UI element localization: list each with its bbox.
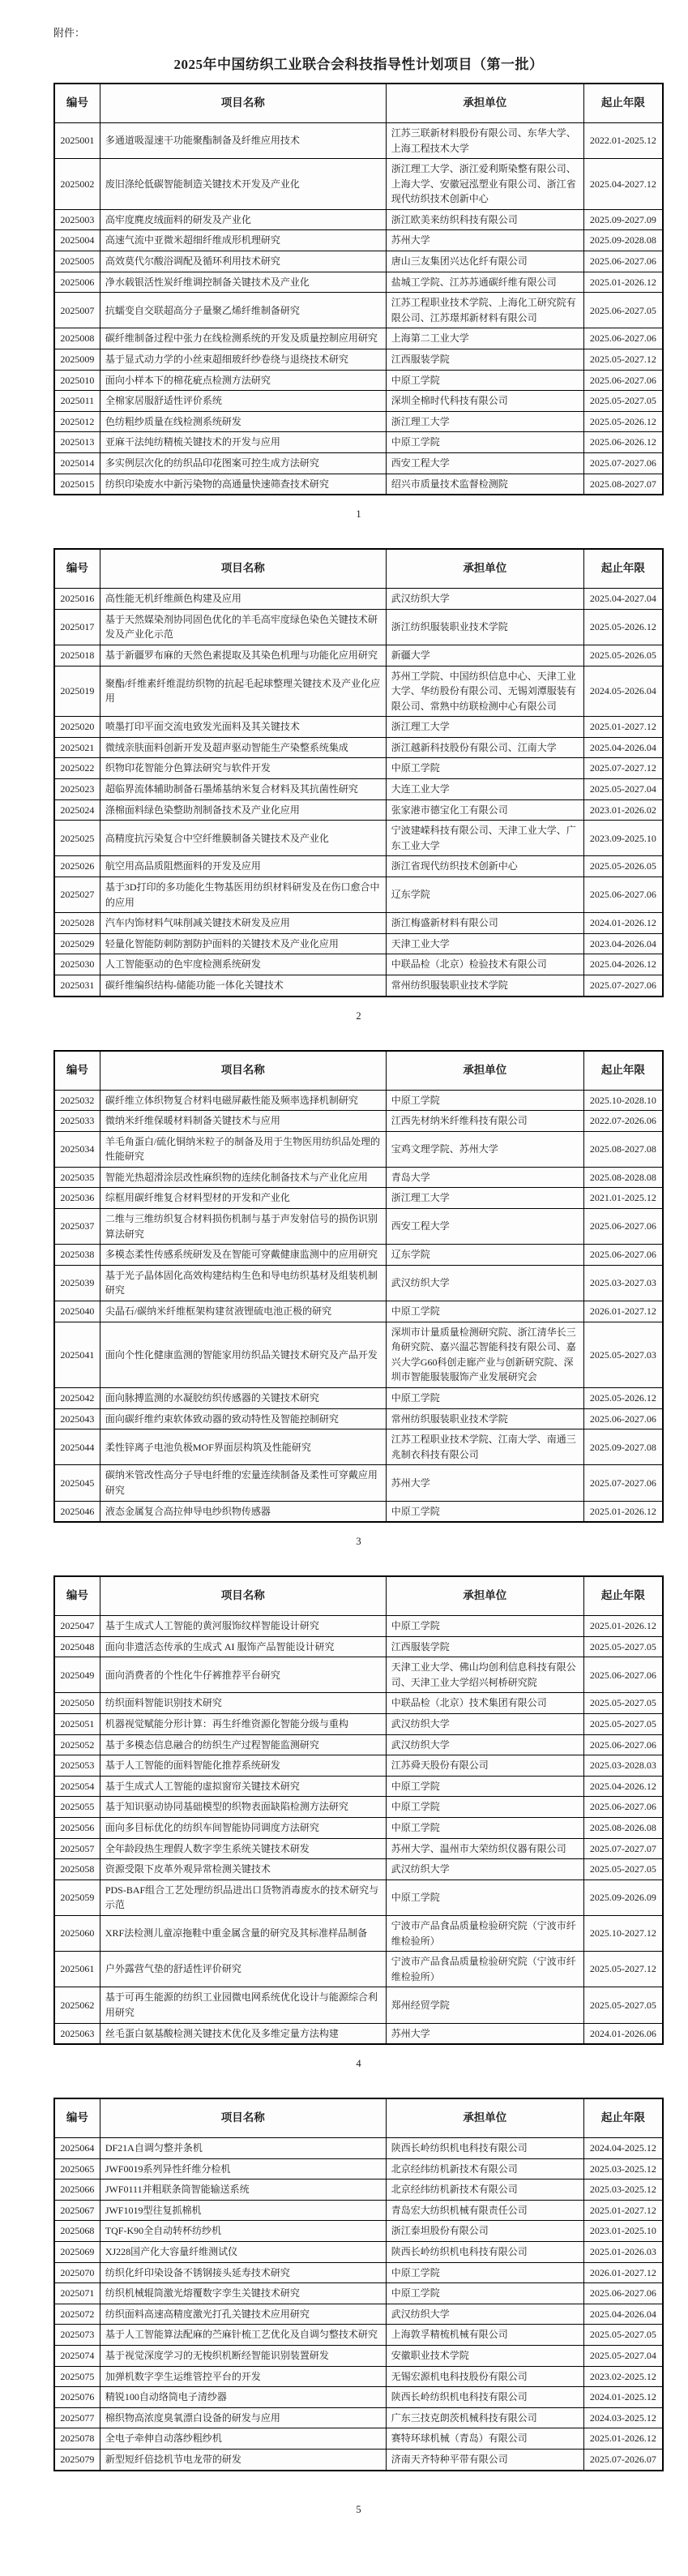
- table-row: 2025010面向小样本下的棉花疵点检测方法研究中原工学院2025.06-202…: [54, 370, 663, 391]
- table-row: 2025073基于人工智能算法配麻的苎麻针梳工艺优化及自调匀整技术研究上海敦孚精…: [54, 2325, 663, 2346]
- date-range-cell: 2025.01-2026.03: [583, 2242, 663, 2263]
- project-name-cell: 机器视觉赋能分形计算：再生纤维资源化智能分级与重构: [100, 1714, 386, 1735]
- project-id-cell: 2025010: [54, 370, 100, 391]
- table-row: 2025022织物印花智能分色算法研究与软件开发中原工学院2025.07-202…: [54, 758, 663, 779]
- project-name-cell: 轻量化智能防刺防割防护面料的关键技术及产业化应用: [100, 933, 386, 954]
- date-range-cell: 2025.07-2027.12: [583, 758, 663, 779]
- table-row: 2025079新型短纤倍捻机节电龙带的研发济南天齐特种平带有限公司2025.07…: [54, 2449, 663, 2470]
- undertaking-unit-cell: 西安工程大学: [386, 453, 583, 474]
- project-id-cell: 2025024: [54, 799, 100, 821]
- date-range-cell: 2024.01-2026.12: [583, 913, 663, 934]
- undertaking-unit-cell: 浙江泰坦股份有限公司: [386, 2221, 583, 2242]
- table-row: 2025049面向消费者的个性化牛仔裤推荐平台研究天津工业大学、佛山均创利信息科…: [54, 1657, 663, 1693]
- project-id-cell: 2025027: [54, 877, 100, 913]
- undertaking-unit-cell: 辽东学院: [386, 1245, 583, 1266]
- col-header-id: 编号: [54, 1051, 100, 1090]
- project-id-cell: 2025060: [54, 1916, 100, 1952]
- table-row: 2025054基于生成式人工智能的虚拟窗帘关键技术研究中原工学院2025.04-…: [54, 1776, 663, 1797]
- header-row: 编号项目名称承担单位起止年限: [54, 2098, 663, 2137]
- undertaking-unit-cell: 中原工学院: [386, 1301, 583, 1322]
- date-range-cell: 2025.05-2027.05: [583, 2325, 663, 2346]
- table-row: 2025019聚酯/纤维素纤维混纺织物的抗起毛起球整理关键技术及产业化应用苏州工…: [54, 666, 663, 717]
- project-name-cell: 碳纤维制备过程中张力在线检测系统的开发及质量控制应用研究: [100, 328, 386, 349]
- date-range-cell: 2025.04-2026.04: [583, 2304, 663, 2325]
- date-range-cell: 2025.06-2027.06: [583, 251, 663, 272]
- project-id-cell: 2025001: [54, 122, 100, 158]
- undertaking-unit-cell: 江苏三联新材料股份有限公司、东华大学、上海工程技术大学: [386, 122, 583, 158]
- table-row: 2025021微绒亲肤面料创新开发及超声驱动智能生产染整系统集成浙江越新科技股份…: [54, 737, 663, 758]
- table-row: 2025011全棉家居服舒适性评价系统深圳全棉时代科技有限公司2025.05-2…: [54, 391, 663, 412]
- project-id-cell: 2025013: [54, 432, 100, 453]
- undertaking-unit-cell: 赛特环球机械（青岛）有限公司: [386, 2428, 583, 2450]
- table-row: 2025069XJ228国产化大容量纤维测试仪陕西长岭纺织机电科技有限公司202…: [54, 2242, 663, 2263]
- project-id-cell: 2025064: [54, 2138, 100, 2159]
- undertaking-unit-cell: 宁波市产品食品质量检验研究院（宁波市纤维检验所）: [386, 1916, 583, 1952]
- project-name-cell: 面向脉搏监测的水凝胶纺织传感器的关键技术研究: [100, 1388, 386, 1409]
- col-header-id: 编号: [54, 2098, 100, 2137]
- project-name-cell: 基于视觉深度学习的无梭织机断经智能识别装置研发: [100, 2346, 386, 2367]
- undertaking-unit-cell: 深圳市计量质量检测研究院、浙江清华长三角研究院、嘉兴温芯智能科技有限公司、嘉兴大…: [386, 1322, 583, 1387]
- date-range-cell: 2025.01-2026.12: [583, 1616, 663, 1637]
- project-id-cell: 2025066: [54, 2180, 100, 2201]
- undertaking-unit-cell: 北京经纬纺机新技术有限公司: [386, 2180, 583, 2201]
- project-table-page-2: 编号项目名称承担单位起止年限2025016高性能无机纤维颜色构建及应用武汉纺织大…: [53, 548, 664, 997]
- table-row: 2025044柔性锌离子电池负极MOF界面层构筑及性能研究江苏工程职业技术学院、…: [54, 1429, 663, 1465]
- project-name-cell: 涤棉面料绿色染整助剂制备技术及产业化应用: [100, 799, 386, 821]
- undertaking-unit-cell: 青岛大学: [386, 1167, 583, 1188]
- undertaking-unit-cell: 苏州工学院、中国纺织信息中心、天津工业大学、华纺股份有限公司、无锡刘潭服装有限公…: [386, 666, 583, 717]
- date-range-cell: 2025.09-2027.08: [583, 1429, 663, 1465]
- table-row: 2025064DF21A自调匀整并条机陕西长岭纺织机电科技有限公司2024.04…: [54, 2138, 663, 2159]
- table-row: 2025014多实例层次化的纺织品印花图案可控生成方法研究西安工程大学2025.…: [54, 453, 663, 474]
- table-row: 2025035智能光热超滑涂层改性麻织物的连续化制备技术与产业化应用青岛大学20…: [54, 1167, 663, 1188]
- project-id-cell: 2025032: [54, 1090, 100, 1111]
- project-id-cell: 2025002: [54, 159, 100, 210]
- col-header-unit: 承担单位: [386, 549, 583, 588]
- project-name-cell: 航空用高品质阻燃面料的开发及应用: [100, 856, 386, 877]
- header-row: 编号项目名称承担单位起止年限: [54, 1051, 663, 1090]
- project-id-cell: 2025014: [54, 453, 100, 474]
- project-id-cell: 2025011: [54, 391, 100, 412]
- project-id-cell: 2025059: [54, 1879, 100, 1915]
- undertaking-unit-cell: 武汉纺织大学: [386, 1714, 583, 1735]
- undertaking-unit-cell: 天津工业大学、佛山均创利信息科技有限公司、天津工业大学绍兴柯桥研究院: [386, 1657, 583, 1693]
- date-range-cell: 2025.08-2027.08: [583, 1131, 663, 1167]
- date-range-cell: 2024.05-2026.04: [583, 666, 663, 717]
- date-range-cell: 2024.03-2025.12: [583, 2407, 663, 2428]
- project-id-cell: 2025003: [54, 209, 100, 230]
- project-name-cell: 尖晶石/碳纳米纤维框架构建贫液锂硫电池正极的研究: [100, 1301, 386, 1322]
- date-range-cell: 2025.10-2027.12: [583, 1916, 663, 1952]
- project-id-cell: 2025025: [54, 821, 100, 856]
- page-number: 5: [53, 2504, 664, 2516]
- table-row: 2025020喷墨打印平面交流电致发光面料及其关键技术浙江理工大学2025.01…: [54, 717, 663, 738]
- project-id-cell: 2025016: [54, 589, 100, 610]
- project-id-cell: 2025043: [54, 1408, 100, 1429]
- date-range-cell: 2025.05-2027.03: [583, 1322, 663, 1387]
- project-id-cell: 2025077: [54, 2407, 100, 2428]
- date-range-cell: 2025.06-2027.06: [583, 328, 663, 349]
- table-row: 2025001多通道吸湿速干功能聚酯制备及纤维应用技术江苏三联新材料股份有限公司…: [54, 122, 663, 158]
- date-range-cell: 2025.06-2027.06: [583, 1734, 663, 1755]
- undertaking-unit-cell: 江西服装学院: [386, 349, 583, 371]
- project-id-cell: 2025012: [54, 411, 100, 432]
- table-row: 2025071纺织机械辊筒激光熔覆数字孪生关键技术研究中原工学院2025.06-…: [54, 2283, 663, 2304]
- project-name-cell: 抗蠕变自交联超高分子量聚乙烯纤维制备研究: [100, 293, 386, 328]
- undertaking-unit-cell: 江西先材纳米纤维科技有限公司: [386, 1111, 583, 1132]
- undertaking-unit-cell: 深圳全棉时代科技有限公司: [386, 391, 583, 412]
- project-name-cell: 基于天然媒染剂协同固色优化的羊毛高牢度绿色染色关键技术研发及产业化示范: [100, 609, 386, 645]
- table-row: 2025032碳纤维立体织物复合材料电磁屏蔽性能及频率选择机制研究中原工学院20…: [54, 1090, 663, 1111]
- date-range-cell: 2025.10-2028.10: [583, 1090, 663, 1111]
- table-row: 2025041面向个性化健康监测的智能家用纺织品关键技术研究及产品开发深圳市计量…: [54, 1322, 663, 1387]
- project-id-cell: 2025029: [54, 933, 100, 954]
- date-range-cell: 2025.06-2027.06: [583, 1245, 663, 1266]
- date-range-cell: 2025.04-2027.04: [583, 589, 663, 610]
- project-name-cell: 基于多模态信息融合的纺织生产过程智能监测研究: [100, 1734, 386, 1755]
- table-row: 2025037二维与三维纺织复合材料损伤机制与基于声发射信号的损伤识别算法研究西…: [54, 1209, 663, 1245]
- project-name-cell: 丝毛蛋白氨基酸检测关键技术优化及多维定量方法构建: [100, 2023, 386, 2044]
- header-row: 编号项目名称承担单位起止年限: [54, 84, 663, 122]
- project-name-cell: 智能光热超滑涂层改性麻织物的连续化制备技术与产业化应用: [100, 1167, 386, 1188]
- table-row: 2025045碳纳米管改性高分子导电纤维的宏量连续制备及柔性可穿戴应用研究苏州大…: [54, 1465, 663, 1501]
- project-id-cell: 2025078: [54, 2428, 100, 2450]
- undertaking-unit-cell: 中原工学院: [386, 2262, 583, 2283]
- undertaking-unit-cell: 中原工学院: [386, 370, 583, 391]
- date-range-cell: 2025.05-2026.05: [583, 645, 663, 666]
- project-name-cell: JWF1019型往复抓棉机: [100, 2200, 386, 2221]
- project-table-page-3: 编号项目名称承担单位起止年限2025032碳纤维立体织物复合材料电磁屏蔽性能及频…: [53, 1050, 664, 1524]
- date-range-cell: 2025.05-2027.05: [583, 1693, 663, 1714]
- undertaking-unit-cell: 中原工学院: [386, 1879, 583, 1915]
- project-id-cell: 2025031: [54, 975, 100, 997]
- undertaking-unit-cell: 北京经纬纺机新技术有限公司: [386, 2158, 583, 2180]
- project-name-cell: 加弹机数字孪生运维管控平台的开发: [100, 2366, 386, 2387]
- project-name-cell: 精锐100自动络筒电子清纱器: [100, 2387, 386, 2408]
- undertaking-unit-cell: 陕西长岭纺织机电科技有限公司: [386, 2242, 583, 2263]
- undertaking-unit-cell: 江西服装学院: [386, 1636, 583, 1657]
- date-range-cell: 2025.08-2026.08: [583, 1818, 663, 1839]
- table-row: 2025002废旧涤纶低碳智能制造关键技术开发及产业化浙江理工大学、浙江爱利斯染…: [54, 159, 663, 210]
- table-row: 2025038多模态柔性传感系统研发及在智能可穿戴健康监测中的应用研究辽东学院2…: [54, 1245, 663, 1266]
- undertaking-unit-cell: 绍兴市质量技术监督检测院: [386, 474, 583, 495]
- date-range-cell: 2024.01-2026.06: [583, 2023, 663, 2044]
- project-name-cell: 多通道吸湿速干功能聚酯制备及纤维应用技术: [100, 122, 386, 158]
- table-row: 2025031碳纤维编织结构-储能功能一体化关键技术常州纺织服装职业技术学院20…: [54, 975, 663, 997]
- project-name-cell: 色纺粗纱质量在线检测系统研发: [100, 411, 386, 432]
- page-number: 4: [53, 2058, 664, 2070]
- project-id-cell: 2025035: [54, 1167, 100, 1188]
- project-id-cell: 2025058: [54, 1859, 100, 1880]
- date-range-cell: 2025.05-2027.05: [583, 1987, 663, 2023]
- project-id-cell: 2025004: [54, 230, 100, 251]
- table-row: 2025015纺织印染废水中新污染物的高通量快速筛查技术研究绍兴市质量技术监督检…: [54, 474, 663, 495]
- project-id-cell: 2025075: [54, 2366, 100, 2387]
- project-id-cell: 2025034: [54, 1131, 100, 1167]
- undertaking-unit-cell: 安徽职业技术学院: [386, 2346, 583, 2367]
- date-range-cell: 2025.09-2027.09: [583, 209, 663, 230]
- table-row: 2025007抗蠕变自交联超高分子量聚乙烯纤维制备研究江苏工程职业技术学院、上海…: [54, 293, 663, 328]
- project-name-cell: 面向非遗活态传承的生成式 AI 服饰产品智能设计研究: [100, 1636, 386, 1657]
- page-number: 1: [53, 508, 664, 521]
- project-table-page-5: 编号项目名称承担单位起止年限2025064DF21A自调匀整并条机陕西长岭纺织机…: [53, 2098, 664, 2471]
- project-id-cell: 2025026: [54, 856, 100, 877]
- project-name-cell: 羊毛角蛋白/硫化铜纳米粒子的制备及用于生物医用纺织品处理的性能研究: [100, 1131, 386, 1167]
- undertaking-unit-cell: 中原工学院: [386, 2283, 583, 2304]
- table-row: 2025068TQF-K90全自动转杯纺纱机浙江泰坦股份有限公司2023.01-…: [54, 2221, 663, 2242]
- table-row: 2025062基于可再生能源的纺织工业园微电网系统优化设计与能源综合利用研究郑州…: [54, 1987, 663, 2023]
- table-row: 2025005高效莫代尔酸浴调配及循环利用技术研究唐山三友集团兴达化纤有限公司2…: [54, 251, 663, 272]
- table-row: 2025046液态金属复合高拉伸导电纱织物传感器中原工学院2025.01-202…: [54, 1501, 663, 1522]
- undertaking-unit-cell: 武汉纺织大学: [386, 1265, 583, 1301]
- project-name-cell: 喷墨打印平面交流电致发光面料及其关键技术: [100, 717, 386, 738]
- date-range-cell: 2025.06-2027.06: [583, 1408, 663, 1429]
- project-name-cell: 全年龄段热生理假人数字孪生系统关键技术研发: [100, 1838, 386, 1859]
- date-range-cell: 2025.06-2027.06: [583, 1657, 663, 1693]
- project-id-cell: 2025033: [54, 1111, 100, 1132]
- project-id-cell: 2025022: [54, 758, 100, 779]
- project-name-cell: 二维与三维纺织复合材料损伤机制与基于声发射信号的损伤识别算法研究: [100, 1209, 386, 1245]
- table-row: 2025076精锐100自动络筒电子清纱器陕西长岭纺织机电科技有限公司2024.…: [54, 2387, 663, 2408]
- project-id-cell: 2025046: [54, 1501, 100, 1522]
- project-id-cell: 2025038: [54, 1245, 100, 1266]
- project-id-cell: 2025049: [54, 1657, 100, 1693]
- table-row: 2025009基于显式动力学的小丝束超细玻纤纱卷绕与退绕技术研究江西服装学院20…: [54, 349, 663, 371]
- undertaking-unit-cell: 浙江欧美来纺织科技有限公司: [386, 209, 583, 230]
- project-name-cell: 柔性锌离子电池负极MOF界面层构筑及性能研究: [100, 1429, 386, 1465]
- table-row: 2025040尖晶石/碳纳米纤维框架构建贫液锂硫电池正极的研究中原工学院2026…: [54, 1301, 663, 1322]
- undertaking-unit-cell: 中原工学院: [386, 1776, 583, 1797]
- col-header-name: 项目名称: [100, 549, 386, 588]
- undertaking-unit-cell: 上海第二工业大学: [386, 328, 583, 349]
- date-range-cell: 2025.04-2026.12: [583, 954, 663, 975]
- undertaking-unit-cell: 浙江理工大学、浙江爱利斯染整有限公司、上海大学、安徽冠泓塑业有限公司、浙江省现代…: [386, 159, 583, 210]
- header-row: 编号项目名称承担单位起止年限: [54, 549, 663, 588]
- project-name-cell: 超临界流体辅助制备石墨烯基纳米复合材料及其抗菌性研究: [100, 779, 386, 800]
- date-range-cell: 2022.07-2026.06: [583, 1111, 663, 1132]
- col-header-name: 项目名称: [100, 84, 386, 122]
- project-id-cell: 2025019: [54, 666, 100, 717]
- project-name-cell: 面向多目标优化的纺织车间智能协同调度方法研究: [100, 1818, 386, 1839]
- date-range-cell: 2026.01-2027.12: [583, 2262, 663, 2283]
- project-name-cell: 微绒亲肤面料创新开发及超声驱动智能生产染整系统集成: [100, 737, 386, 758]
- undertaking-unit-cell: 盐城工学院、江苏苏通碳纤维有限公司: [386, 272, 583, 293]
- project-id-cell: 2025044: [54, 1429, 100, 1465]
- undertaking-unit-cell: 浙江梅盛新材料有限公司: [386, 913, 583, 934]
- table-row: 2025025高精度抗污染复合中空纤维膜制备关键技术及产业化宁波建嵘科技有限公司…: [54, 821, 663, 856]
- undertaking-unit-cell: 武汉纺织大学: [386, 2304, 583, 2325]
- col-header-unit: 承担单位: [386, 1576, 583, 1615]
- project-name-cell: XRF法检测儿童凉拖鞋中重金属含量的研究及其标准样品制备: [100, 1916, 386, 1952]
- undertaking-unit-cell: 武汉纺织大学: [386, 589, 583, 610]
- table-row: 2025024涤棉面料绿色染整助剂制备技术及产业化应用张家港市德宝化工有限公司2…: [54, 799, 663, 821]
- project-name-cell: 基于显式动力学的小丝束超细玻纤纱卷绕与退绕技术研究: [100, 349, 386, 371]
- table-row: 2025074基于视觉深度学习的无梭织机断经智能识别装置研发安徽职业技术学院20…: [54, 2346, 663, 2367]
- project-id-cell: 2025020: [54, 717, 100, 738]
- project-name-cell: 面向碳纤维约束软体致动器的致动特性及智能控制研究: [100, 1408, 386, 1429]
- project-name-cell: 基于3D打印的多功能化生物基医用纺织材料研发及在伤口愈合中的应用: [100, 877, 386, 913]
- table-row: 2025052基于多模态信息融合的纺织生产过程智能监测研究武汉纺织大学2025.…: [54, 1734, 663, 1755]
- undertaking-unit-cell: 济南天齐特种平带有限公司: [386, 2449, 583, 2470]
- table-row: 2025056面向多目标优化的纺织车间智能协同调度方法研究中原工学院2025.0…: [54, 1818, 663, 1839]
- table-row: 2025070纺织化纤印染设备不锈钢接头延寿技术研究中原工学院2026.01-2…: [54, 2262, 663, 2283]
- table-row: 2025036综框用碳纤维复合材料型材的开发和产业化浙江理工大学2021.01-…: [54, 1188, 663, 1209]
- date-range-cell: 2023.02-2025.12: [583, 2366, 663, 2387]
- table-row: 2025050纺织面料智能识别技术研究中联品检（北京）技术集团有限公司2025.…: [54, 1693, 663, 1714]
- table-row: 2025078全电子牵伸自动落纱粗纱机赛特环球机械（青岛）有限公司2025.01…: [54, 2428, 663, 2450]
- project-name-cell: 基于光子晶体固化高效构建结构生色和导电纺织基材及组装机制研究: [100, 1265, 386, 1301]
- project-name-cell: 多模态柔性传感系统研发及在智能可穿戴健康监测中的应用研究: [100, 1245, 386, 1266]
- undertaking-unit-cell: 张家港市德宝化工有限公司: [386, 799, 583, 821]
- project-id-cell: 2025070: [54, 2262, 100, 2283]
- date-range-cell: 2025.07-2027.07: [583, 1838, 663, 1859]
- date-range-cell: 2025.05-2027.05: [583, 1859, 663, 1880]
- date-range-cell: 2025.06-2027.05: [583, 293, 663, 328]
- project-id-cell: 2025023: [54, 779, 100, 800]
- project-id-cell: 2025057: [54, 1838, 100, 1859]
- project-name-cell: 人工智能驱动的色牢度检测系统研发: [100, 954, 386, 975]
- undertaking-unit-cell: 广东三技克朗茨机械科技有限公司: [386, 2407, 583, 2428]
- date-range-cell: 2025.07-2027.06: [583, 1465, 663, 1501]
- date-range-cell: 2025.01-2026.12: [583, 2428, 663, 2450]
- undertaking-unit-cell: 中原工学院: [386, 1616, 583, 1637]
- project-name-cell: 织物印花智能分色算法研究与软件开发: [100, 758, 386, 779]
- table-row: 2025030人工智能驱动的色牢度检测系统研发中联品检（北京）检验技术有限公司2…: [54, 954, 663, 975]
- table-row: 2025066JWF0111并粗联条筒智能输送系统北京经纬纺机新技术有限公司20…: [54, 2180, 663, 2201]
- table-row: 2025039基于光子晶体固化高效构建结构生色和导电纺织基材及组装机制研究武汉纺…: [54, 1265, 663, 1301]
- table-row: 2025047基于生成式人工智能的黄河服饰纹样智能设计研究中原工学院2025.0…: [54, 1616, 663, 1637]
- undertaking-unit-cell: 苏州大学: [386, 2023, 583, 2044]
- date-range-cell: 2025.03-2028.03: [583, 1755, 663, 1777]
- project-id-cell: 2025063: [54, 2023, 100, 2044]
- date-range-cell: 2025.05-2027.12: [583, 1952, 663, 1987]
- table-row: 2025053基于人工智能的面料智能化推荐系统研发江苏舜天股份有限公司2025.…: [54, 1755, 663, 1777]
- project-name-cell: 净水载银活性炭纤维调控制备关键技术及产业化: [100, 272, 386, 293]
- project-id-cell: 2025045: [54, 1465, 100, 1501]
- undertaking-unit-cell: 郑州经贸学院: [386, 1987, 583, 2023]
- undertaking-unit-cell: 武汉纺织大学: [386, 1734, 583, 1755]
- date-range-cell: 2025.07-2027.06: [583, 975, 663, 997]
- project-id-cell: 2025030: [54, 954, 100, 975]
- project-name-cell: 微纳米纤维保暖材料制备关键技术与应用: [100, 1111, 386, 1132]
- attachment-label: 附件：: [53, 24, 664, 40]
- date-range-cell: 2025.01-2026.12: [583, 1501, 663, 1522]
- date-range-cell: 2025.05-2027.05: [583, 1714, 663, 1735]
- table-row: 2025048面向非遗活态传承的生成式 AI 服饰产品智能设计研究江西服装学院2…: [54, 1636, 663, 1657]
- col-header-id: 编号: [54, 1576, 100, 1615]
- project-id-cell: 2025068: [54, 2221, 100, 2242]
- undertaking-unit-cell: 苏州大学、温州市大荣纺织仪器有限公司: [386, 1838, 583, 1859]
- project-id-cell: 2025041: [54, 1322, 100, 1387]
- date-range-cell: 2024.01-2025.12: [583, 2387, 663, 2408]
- project-table-page-4: 编号项目名称承担单位起止年限2025047基于生成式人工智能的黄河服饰纹样智能设…: [53, 1575, 664, 2045]
- project-name-cell: DF21A自调匀整并条机: [100, 2138, 386, 2159]
- project-name-cell: 亚麻干法纯纺精梳关键技术的开发与应用: [100, 432, 386, 453]
- undertaking-unit-cell: 天津工业大学: [386, 933, 583, 954]
- project-name-cell: 综框用碳纤维复合材料型材的开发和产业化: [100, 1188, 386, 1209]
- col-header-unit: 承担单位: [386, 84, 583, 122]
- project-id-cell: 2025037: [54, 1209, 100, 1245]
- project-id-cell: 2025048: [54, 1636, 100, 1657]
- date-range-cell: 2023.09-2025.10: [583, 821, 663, 856]
- undertaking-unit-cell: 武汉纺织大学: [386, 1859, 583, 1880]
- table-row: 2025012色纺粗纱质量在线检测系统研发浙江理工大学2025.05-2026.…: [54, 411, 663, 432]
- undertaking-unit-cell: 上海敦孚精梳机械有限公司: [386, 2325, 583, 2346]
- project-name-cell: 碳纤维立体织物复合材料电磁屏蔽性能及频率选择机制研究: [100, 1090, 386, 1111]
- date-range-cell: 2025.04-2027.12: [583, 159, 663, 210]
- undertaking-unit-cell: 中原工学院: [386, 1797, 583, 1818]
- project-id-cell: 2025028: [54, 913, 100, 934]
- table-row: 2025008碳纤维制备过程中张力在线检测系统的开发及质量控制应用研究上海第二工…: [54, 328, 663, 349]
- date-range-cell: 2025.01-2026.12: [583, 272, 663, 293]
- col-header-dates: 起止年限: [583, 1576, 663, 1615]
- table-row: 2025051机器视觉赋能分形计算：再生纤维资源化智能分级与重构武汉纺织大学20…: [54, 1714, 663, 1735]
- tables-container: 编号项目名称承担单位起止年限2025001多通道吸湿速干功能聚酯制备及纤维应用技…: [53, 83, 664, 2516]
- date-range-cell: 2025.06-2027.06: [583, 2283, 663, 2304]
- undertaking-unit-cell: 常州纺织服装职业技术学院: [386, 975, 583, 997]
- project-id-cell: 2025018: [54, 645, 100, 666]
- project-id-cell: 2025061: [54, 1952, 100, 1987]
- date-range-cell: 2023.01-2026.02: [583, 799, 663, 821]
- project-id-cell: 2025036: [54, 1188, 100, 1209]
- undertaking-unit-cell: 中原工学院: [386, 432, 583, 453]
- table-row: 2025016高性能无机纤维颜色构建及应用武汉纺织大学2025.04-2027.…: [54, 589, 663, 610]
- table-row: 2025026航空用高品质阻燃面料的开发及应用浙江省现代纺织技术创新中心2025…: [54, 856, 663, 877]
- date-range-cell: 2025.01-2027.12: [583, 717, 663, 738]
- project-name-cell: 多实例层次化的纺织品印花图案可控生成方法研究: [100, 453, 386, 474]
- project-name-cell: 纺织机械辊筒激光熔覆数字孪生关键技术研究: [100, 2283, 386, 2304]
- table-row: 2025033微纳米纤维保暖材料制备关键技术与应用江西先材纳米纤维科技有限公司2…: [54, 1111, 663, 1132]
- col-header-dates: 起止年限: [583, 1051, 663, 1090]
- project-id-cell: 2025015: [54, 474, 100, 495]
- project-name-cell: 纺织化纤印染设备不锈钢接头延寿技术研究: [100, 2262, 386, 2283]
- date-range-cell: 2025.06-2027.06: [583, 877, 663, 913]
- undertaking-unit-cell: 陕西长岭纺织机电科技有限公司: [386, 2387, 583, 2408]
- undertaking-unit-cell: 中联品检（北京）检验技术有限公司: [386, 954, 583, 975]
- table-row: 2025018基于新疆罗布麻的天然色素提取及其染色机理与功能化应用研究新疆大学2…: [54, 645, 663, 666]
- table-row: 2025059PDS-BAF组合工艺处理纺织品进出口货物消毒废水的技术研究与示范…: [54, 1879, 663, 1915]
- project-id-cell: 2025065: [54, 2158, 100, 2180]
- table-row: 2025017基于天然媒染剂协同固色优化的羊毛高牢度绿色染色关键技术研发及产业化…: [54, 609, 663, 645]
- undertaking-unit-cell: 无锡宏源机电科技股份有限公司: [386, 2366, 583, 2387]
- table-row: 2025060XRF法检测儿童凉拖鞋中重金属含量的研究及其标准样品制备宁波市产品…: [54, 1916, 663, 1952]
- date-range-cell: 2025.03-2025.12: [583, 2158, 663, 2180]
- table-row: 2025027基于3D打印的多功能化生物基医用纺织材料研发及在伤口愈合中的应用辽…: [54, 877, 663, 913]
- project-name-cell: 基于人工智能算法配麻的苎麻针梳工艺优化及自调匀整技术研究: [100, 2325, 386, 2346]
- date-range-cell: 2025.06-2027.06: [583, 1797, 663, 1818]
- project-id-cell: 2025072: [54, 2304, 100, 2325]
- document-page: 附件： 2025年中国纺织工业联合会科技指导性计划项目（第一批） 编号项目名称承…: [0, 0, 688, 2576]
- project-id-cell: 2025062: [54, 1987, 100, 2023]
- col-header-id: 编号: [54, 84, 100, 122]
- table-row: 2025029轻量化智能防刺防割防护面料的关键技术及产业化应用天津工业大学202…: [54, 933, 663, 954]
- undertaking-unit-cell: 中原工学院: [386, 1818, 583, 1839]
- col-header-dates: 起止年限: [583, 2098, 663, 2137]
- project-name-cell: JWF0111并粗联条筒智能输送系统: [100, 2180, 386, 2201]
- project-name-cell: 基于生成式人工智能的虚拟窗帘关键技术研究: [100, 1776, 386, 1797]
- project-id-cell: 2025017: [54, 609, 100, 645]
- undertaking-unit-cell: 浙江理工大学: [386, 411, 583, 432]
- undertaking-unit-cell: 浙江理工大学: [386, 717, 583, 738]
- date-range-cell: 2025.08-2028.08: [583, 1167, 663, 1188]
- project-id-cell: 2025071: [54, 2283, 100, 2304]
- project-name-cell: 高精度抗污染复合中空纤维膜制备关键技术及产业化: [100, 821, 386, 856]
- project-name-cell: 基于可再生能源的纺织工业园微电网系统优化设计与能源综合利用研究: [100, 1987, 386, 2023]
- project-name-cell: TQF-K90全自动转杯纺纱机: [100, 2221, 386, 2242]
- project-id-cell: 2025052: [54, 1734, 100, 1755]
- date-range-cell: 2025.08-2027.07: [583, 474, 663, 495]
- undertaking-unit-cell: 新疆大学: [386, 645, 583, 666]
